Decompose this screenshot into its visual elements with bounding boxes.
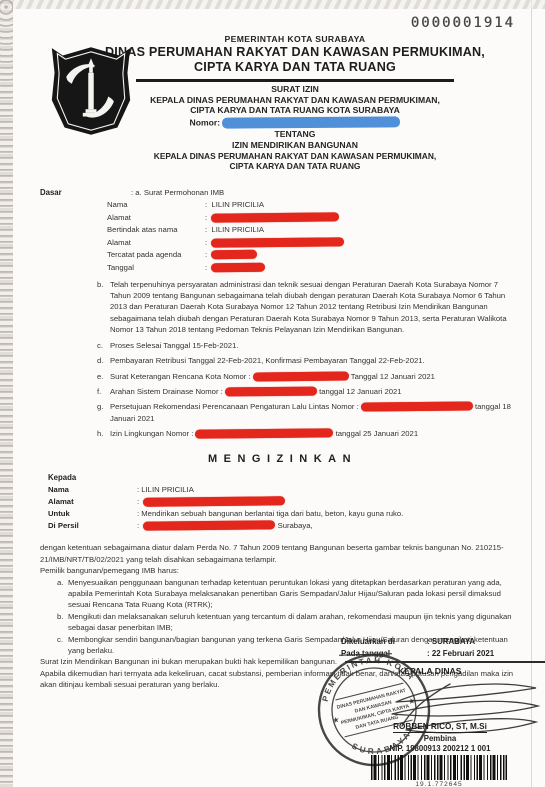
header-divider (136, 79, 454, 82)
government-name: PEMERINTAH KOTA SURABAYA (95, 34, 495, 45)
kepada-row-nama: Nama : LILIN PRICILIA (48, 484, 515, 496)
blue-redaction-mark (222, 116, 400, 128)
red-redaction-mark (225, 386, 317, 395)
kv-row-tanggal: Tanggal : (97, 262, 515, 275)
red-redaction-mark (211, 263, 265, 272)
document-subject: IZIN MENDIRIKAN BANGUNAN (95, 140, 495, 151)
acting-on-behalf-name: LILIN PRICILIA (211, 225, 264, 234)
dasar-label: Dasar (40, 187, 97, 440)
page-top-ornament (0, 0, 545, 9)
red-redaction-mark (211, 212, 339, 222)
scanned-permit-document: 0000001914 PEMERINTAH KOTA SURABAYA DINA… (0, 0, 545, 787)
signer-rank: Pembina (352, 734, 528, 743)
kv-row-agenda: Tercatat pada agenda : (97, 249, 515, 262)
nomor-label: Nomor: (190, 118, 221, 128)
tentang-label: TENTANG (95, 129, 495, 140)
grantee-name: : LILIN PRICILIA (137, 484, 515, 496)
issuer-line1: KEPALA DINAS PERUMAHAN RAKYAT DAN KAWASA… (95, 151, 495, 162)
surabaya-city-emblem-icon (50, 44, 132, 138)
dasar-item-f: f. Arahan Sistem Drainase Nomor : tangga… (97, 386, 515, 397)
red-redaction-mark (211, 237, 344, 247)
document-header: PEMERINTAH KOTA SURABAYA DINAS PERUMAHAN… (95, 34, 495, 172)
stamp-star-left: ★ (331, 715, 340, 725)
dasar-item-b: b. Telah terpenuhinya persyaratan admini… (97, 279, 515, 336)
barcode-number: 19.1.772645 (371, 781, 507, 787)
signature-block: Dikeluarkan di : SURABAYA Pada tanggal :… (0, 636, 545, 787)
red-redaction-mark (143, 520, 275, 530)
dasar-item-d: d. Pembayaran Retribusi Tanggal 22-Feb-2… (97, 355, 515, 366)
obligation-item-a: a. Menyesuaikan penggunaan bangunan terh… (57, 577, 517, 611)
obligation-item-b: b. Mengikuti dan melaksanakan seluruh ke… (57, 611, 517, 634)
closing-paragraph-1: dengan ketentuan sebagaimana diatur dala… (40, 542, 517, 565)
issued-place-row: Dikeluarkan di : SURABAYA (341, 636, 494, 648)
document-number-line: Nomor: (95, 117, 495, 128)
dasar-item-a: : a. Surat Permohonan IMB (97, 187, 515, 198)
kepala-dinas-line1: KEPALA DINAS PERUMAHAN RAKYAT DAN KAWASA… (95, 95, 495, 106)
kv-row-alamat-1: Alamat : (97, 212, 515, 225)
kepala-dinas-line2: CIPTA KARYA DAN TATA RUANG KOTA SURABAYA (95, 105, 495, 116)
red-redaction-mark (195, 428, 333, 438)
issuer-line2: CIPTA KARYA DAN TATA RUANG (95, 161, 495, 172)
kepada-row-alamat: Alamat : (48, 496, 515, 508)
kv-row-bertindak: Bertindak atas nama : LILIN PRICILIA (97, 224, 515, 237)
red-redaction-mark (143, 496, 285, 506)
signer-name: ROBBEN RICO, ST, M.Si (352, 722, 528, 731)
department-name-line1: DINAS PERUMAHAN RAKYAT DAN KAWASAN PERMU… (95, 45, 495, 61)
closing-paragraph-2: Pemilik bangunan/pemegang IMB harus: (40, 565, 517, 576)
kepada-row-untuk: Untuk : Mendirikan sebuah bangunan berla… (48, 508, 515, 520)
dasar-item-c: c. Proses Selesai Tanggal 15-Feb-2021. (97, 340, 515, 351)
dasar-item-e: e. Surat Keterangan Rencana Kota Nomor :… (97, 371, 515, 382)
kv-row-alamat-2: Alamat : (97, 237, 515, 250)
dasar-item-h: h. Izin Lingkungan Nomor : tanggal 25 Ja… (97, 428, 515, 439)
kv-row-nama: Nama : LILIN PRICILIA (97, 199, 515, 212)
red-redaction-mark (253, 371, 349, 381)
kepada-section: Kepada Nama : LILIN PRICILIA Alamat : Un… (48, 472, 515, 533)
page-left-ornament (0, 0, 13, 787)
kepada-label: Kepada (48, 472, 515, 484)
applicant-name: LILIN PRICILIA (211, 200, 264, 209)
dasar-item-g: g. Persetujuan Rekomendasi Perencanaan P… (97, 401, 515, 424)
permit-purpose: : Mendirikan sebuah bangunan berlantai t… (137, 508, 515, 520)
department-name-line2: CIPTA KARYA DAN TATA RUANG (95, 60, 495, 76)
red-redaction-mark (361, 402, 473, 412)
serial-number-stamp: 0000001914 (411, 15, 515, 31)
kepada-row-persil: Di Persil : Surabaya, (48, 520, 515, 532)
barcode (371, 755, 507, 780)
dasar-section: Dasar : a. Surat Permohonan IMB Nama : L… (40, 187, 515, 440)
mengizinkan-heading: MENGIZINKAN (40, 453, 525, 465)
signer-nip: NIP. 19800913 200212 1 001 (346, 744, 534, 753)
red-redaction-mark (211, 250, 257, 259)
surat-izin-title: SURAT IZIN (95, 84, 495, 95)
